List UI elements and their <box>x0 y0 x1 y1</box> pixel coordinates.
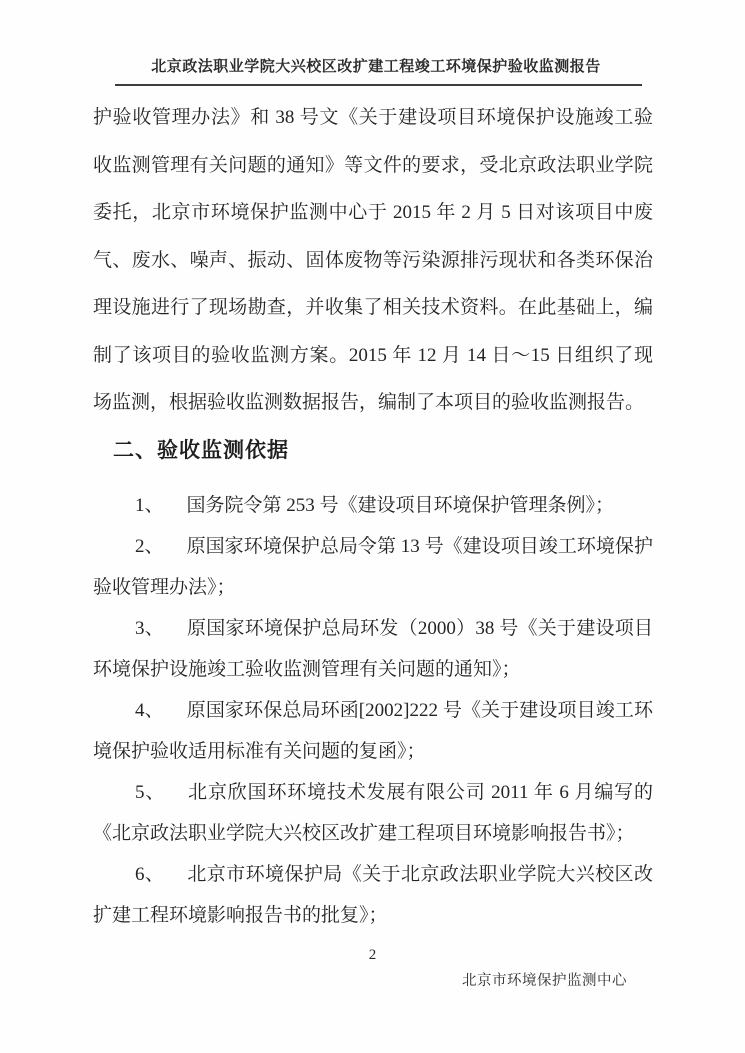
list-item: 4、原国家环保总局环函[2002]222 号《关于建设项目竣工环境保护验收适用标… <box>93 690 653 772</box>
list-item-number: 2、 <box>135 536 164 557</box>
list-item-number: 4、 <box>135 700 164 721</box>
list-item-text: 原国家环保总局环函[2002]222 号《关于建设项目竣工环境保护验收适用标准有… <box>93 700 653 762</box>
footer-organization: 北京市环境保护监测中心 <box>462 969 627 990</box>
list-item: 5、北京欣国环环境技术发展有限公司 2011 年 6 月编写的《北京政法职业学院… <box>93 772 653 854</box>
list-item-number: 5、 <box>135 782 165 803</box>
body-paragraph: 护验收管理办法》和 38 号文《关于建设项目环境保护设施竣工验收监测管理有关问题… <box>93 94 653 427</box>
list-item: 1、国务院令第 253 号《建设项目环境保护管理条例》； <box>93 485 653 526</box>
list-item-number: 3、 <box>135 618 164 639</box>
page-number: 2 <box>0 947 745 964</box>
list-item-text: 国务院令第 253 号《建设项目环境保护管理条例》； <box>187 495 615 516</box>
list-item: 6、北京市环境保护局《关于北京政法职业学院大兴校区改扩建工程环境影响报告书的批复… <box>93 854 653 936</box>
list-item-text: 原国家环境保护总局环发（2000）38 号《关于建设项目环境保护设施竣工验收监测… <box>93 618 653 680</box>
list-item-text: 北京市环境保护局《关于北京政法职业学院大兴校区改扩建工程环境影响报告书的批复》； <box>93 864 653 926</box>
reference-list: 1、国务院令第 253 号《建设项目环境保护管理条例》； 2、原国家环境保护总局… <box>93 485 653 936</box>
list-item: 2、原国家环境保护总局令第 13 号《建设项目竣工环境保护验收管理办法》； <box>93 526 653 608</box>
header-title: 北京政法职业学院大兴校区改扩建工程竣工环境保护验收监测报告 <box>36 55 716 76</box>
header-rule <box>115 84 642 86</box>
list-item-text: 原国家环境保护总局令第 13 号《建设项目竣工环境保护验收管理办法》； <box>93 536 653 598</box>
document-page: 北京政法职业学院大兴校区改扩建工程竣工环境保护验收监测报告 护验收管理办法》和 … <box>0 0 745 1053</box>
section-heading: 二、验收监测依据 <box>113 434 289 464</box>
list-item-number: 1、 <box>135 495 164 516</box>
list-item-number: 6、 <box>135 864 164 885</box>
list-item-text: 北京欣国环环境技术发展有限公司 2011 年 6 月编写的《北京政法职业学院大兴… <box>93 782 653 844</box>
list-item: 3、原国家环境保护总局环发（2000）38 号《关于建设项目环境保护设施竣工验收… <box>93 608 653 690</box>
